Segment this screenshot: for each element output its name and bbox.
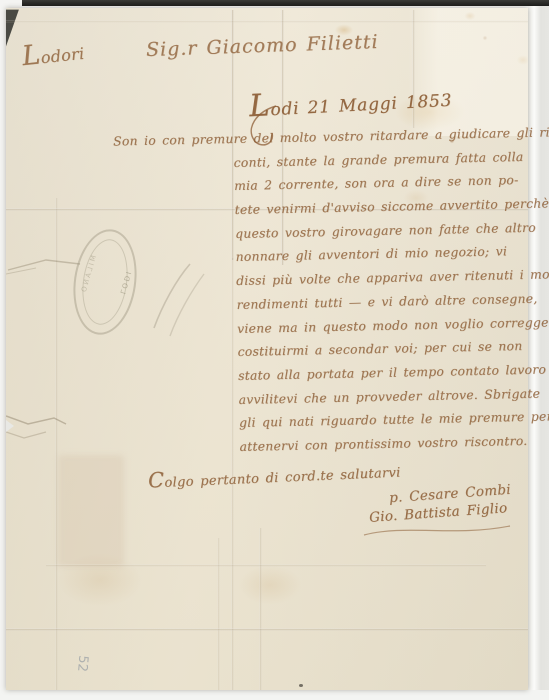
fold-line-vertical [259, 528, 262, 690]
corner-annotation: Lodori [21, 35, 86, 72]
postmark-stamp: LODI MILANO [67, 225, 143, 339]
photo-dark-edge [22, 0, 549, 6]
photo-margin-bottom [0, 690, 549, 700]
paper-shading [408, 8, 528, 136]
edge-tear [6, 398, 68, 450]
fold-line-horizontal [6, 20, 528, 23]
pencil-scribble [148, 256, 210, 344]
fold-line-vertical [217, 538, 220, 690]
ink-speck [299, 684, 303, 687]
letter-paper: LODI MILANO Lodori Sig.r Giacomo Filiett… [6, 8, 528, 690]
seal-show-through [58, 455, 124, 567]
signature-underline-flourish [362, 520, 514, 540]
letter-body: Son io con premure del molto vostro rita… [233, 126, 540, 464]
addressee-line: Sig.r Giacomo Filietti [146, 31, 379, 61]
fold-line-horizontal [46, 564, 486, 567]
closing-line: Colgo pertanto di cord.te salutarvi [148, 458, 401, 493]
pencil-number-note: 52 [74, 655, 90, 673]
fold-line-horizontal [6, 628, 528, 631]
torn-corner [6, 8, 20, 48]
letter-scan-photo: LODI MILANO Lodori Sig.r Giacomo Filiett… [0, 0, 549, 700]
